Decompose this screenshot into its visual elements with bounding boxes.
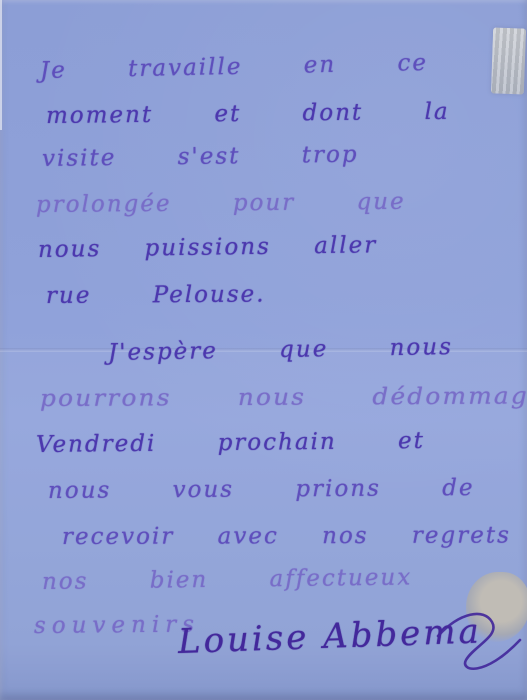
letter-line: prolongée pour que: [36, 189, 406, 218]
letter-line: pourrons nous dédommager: [40, 383, 527, 412]
letter-line: rue Pelouse.: [46, 281, 266, 309]
letter-line: moment et dont la: [46, 99, 450, 129]
tape-residue-top-right: [491, 27, 526, 94]
paper-edge-highlight: [0, 0, 2, 130]
letter-line: nous vous prions de: [48, 475, 475, 504]
letter-line: nos bien affectueux: [42, 564, 413, 595]
signature-flourish: [432, 602, 527, 687]
letter-line: recevoir avec nos regrets: [62, 522, 511, 550]
scanned-letter-page: Je travaille en ce moment et dont la vis…: [0, 0, 527, 700]
letter-line: nous puissions aller: [38, 232, 378, 263]
letter-line: souvenirs: [34, 612, 200, 639]
letter-line: visite s'est trop: [42, 142, 359, 172]
letter-line: Vendredi prochain et: [36, 428, 425, 458]
